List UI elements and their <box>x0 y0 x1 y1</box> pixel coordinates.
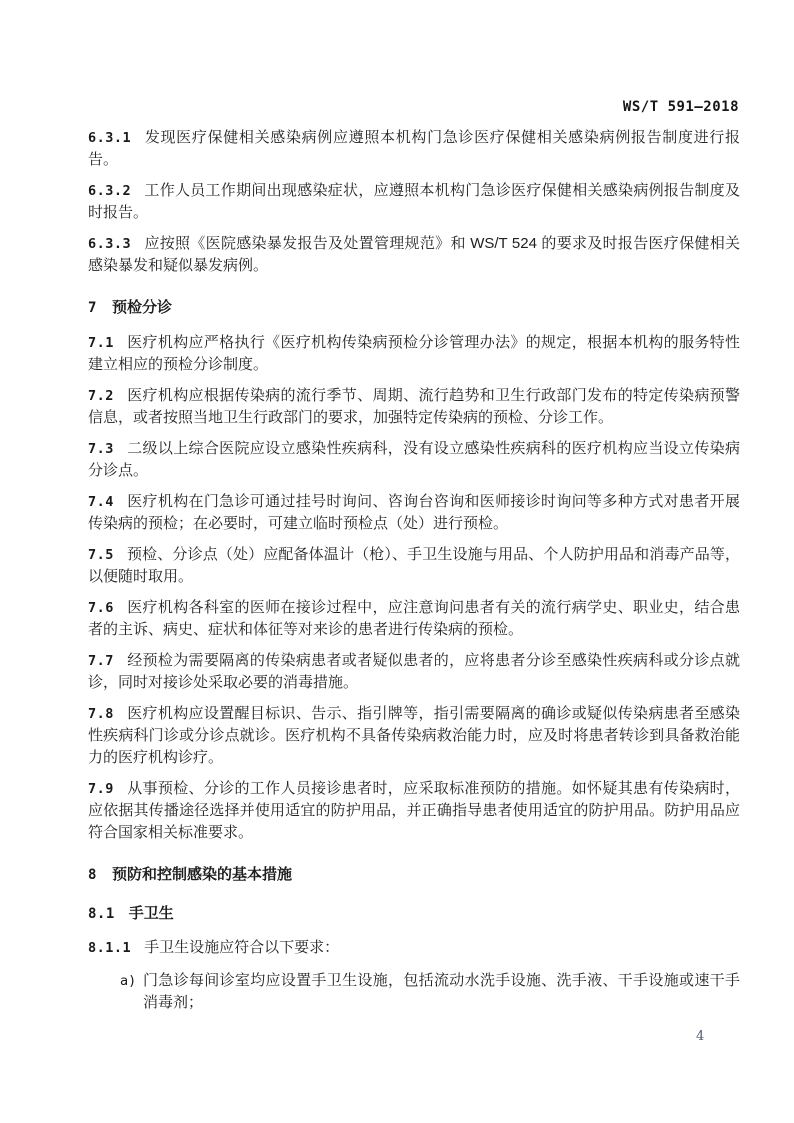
clause-number: 7.6 <box>88 600 114 616</box>
clause-text: 经预检为需要隔离的传染病患者或者疑似患者的，应将患者分诊至感染性疾病科或分诊点就… <box>88 652 740 691</box>
section-number: 8.1 <box>88 906 115 922</box>
section-title: 预防和控制感染的基本措施 <box>112 866 292 883</box>
clause-7-4: 7.4医疗机构在门急诊可通过挂号时询问、咨询台咨询和医师接诊时询问等多种方式对患… <box>88 491 740 535</box>
clause-text: 工作人员工作期间出现感染症状，应遵照本机构门急诊医疗保健相关感染病例报告制度及时… <box>88 182 740 221</box>
clause-text: 医疗机构应严格执行《医疗机构传染病预检分诊管理办法》的规定，根据本机构的服务特性… <box>88 334 740 373</box>
clause-7-5: 7.5预检、分诊点（处）应配备体温计（枪）、手卫生设施与用品、个人防护用品和消毒… <box>88 544 740 588</box>
clause-number: 7.4 <box>88 494 114 510</box>
clause-7-8: 7.8医疗机构应设置醒目标识、告示、指引牌等，指引需要隔离的确诊或疑似传染病患者… <box>88 703 740 769</box>
clause-text: 手卫生设施应符合以下要求： <box>144 939 339 956</box>
section-heading-8: 8预防和控制感染的基本措施 <box>88 864 740 886</box>
clause-7-6: 7.6医疗机构各科室的医师在接诊过程中，应注意询问患者有关的流行病学史、职业史，… <box>88 597 740 641</box>
list-item-text: 门急诊每间诊室均应设置手卫生设施，包括流动水洗手设施、洗手液、干手设施或速干手消… <box>143 970 740 1014</box>
section-number: 8 <box>88 867 97 883</box>
clause-7-7: 7.7经预检为需要隔离的传染病患者或者疑似患者的，应将患者分诊至感染性疾病科或分… <box>88 650 740 694</box>
list-item-label: a) <box>120 970 143 1014</box>
clause-number: 6.3.2 <box>88 183 131 199</box>
list-item-a: a) 门急诊每间诊室均应设置手卫生设施，包括流动水洗手设施、洗手液、干手设施或速… <box>88 970 740 1014</box>
clause-number: 7.9 <box>88 781 114 797</box>
section-heading-7: 7预检分诊 <box>88 297 740 319</box>
clause-8-1-1: 8.1.1手卫生设施应符合以下要求： <box>88 937 740 959</box>
clause-text: 医疗机构在门急诊可通过挂号时询问、咨询台咨询和医师接诊时询问等多种方式对患者开展… <box>88 493 740 532</box>
clause-number: 8.1.1 <box>88 940 131 956</box>
clause-7-1: 7.1医疗机构应严格执行《医疗机构传染病预检分诊管理办法》的规定，根据本机构的服… <box>88 332 740 376</box>
document-page: WS/T 591—2018 6.3.1发现医疗保健相关感染病例应遵照本机构门急诊… <box>0 0 794 1123</box>
clause-number: 7.3 <box>88 441 114 457</box>
standard-code: WS/T 591—2018 <box>623 99 739 115</box>
section-heading-8-1: 8.1手卫生 <box>88 903 740 925</box>
clause-text: 从事预检、分诊的工作人员接诊患者时，应采取标准预防的措施。如怀疑其患有传染病时，… <box>88 780 740 841</box>
section-number: 7 <box>88 300 97 316</box>
clause-7-9: 7.9从事预检、分诊的工作人员接诊患者时，应采取标准预防的措施。如怀疑其患有传染… <box>88 778 740 844</box>
clause-7-2: 7.2医疗机构应根据传染病的流行季节、周期、流行趋势和卫生行政部门发布的特定传染… <box>88 385 740 429</box>
section-title: 预检分诊 <box>112 299 172 316</box>
clause-number: 7.5 <box>88 547 114 563</box>
clause-6-3-1: 6.3.1发现医疗保健相关感染病例应遵照本机构门急诊医疗保健相关感染病例报告制度… <box>88 127 740 171</box>
clause-number: 7.8 <box>88 706 114 722</box>
clause-text: 发现医疗保健相关感染病例应遵照本机构门急诊医疗保健相关感染病例报告制度进行报告。 <box>88 129 740 168</box>
clause-number: 6.3.1 <box>88 130 131 146</box>
clause-text: 医疗机构应根据传染病的流行季节、周期、流行趋势和卫生行政部门发布的特定传染病预警… <box>88 387 740 426</box>
clause-text: 预检、分诊点（处）应配备体温计（枪）、手卫生设施与用品、个人防护用品和消毒产品等… <box>88 546 740 585</box>
clause-7-3: 7.3二级以上综合医院应设立感染性疾病科，没有设立感染性疾病科的医疗机构应当设立… <box>88 438 740 482</box>
clause-number: 6.3.3 <box>88 236 131 252</box>
clause-6-3-3: 6.3.3应按照《医院感染暴发报告及处置管理规范》和 WS/T 524 的要求及… <box>88 233 740 277</box>
clause-number: 7.2 <box>88 388 114 404</box>
page-number: 4 <box>696 1029 704 1044</box>
clause-text: 二级以上综合医院应设立感染性疾病科，没有设立感染性疾病科的医疗机构应当设立传染病… <box>88 440 740 479</box>
clause-number: 7.1 <box>88 335 114 351</box>
clause-text: 医疗机构应设置醒目标识、告示、指引牌等，指引需要隔离的确诊或疑似传染病患者至感染… <box>88 705 740 766</box>
clause-number: 7.7 <box>88 653 114 669</box>
clause-text: 医疗机构各科室的医师在接诊过程中，应注意询问患者有关的流行病学史、职业史，结合患… <box>88 599 740 638</box>
section-title: 手卫生 <box>129 905 174 922</box>
clause-text: 应按照《医院感染暴发报告及处置管理规范》和 WS/T 524 的要求及时报告医疗… <box>88 235 740 274</box>
clause-6-3-2: 6.3.2工作人员工作期间出现感染症状，应遵照本机构门急诊医疗保健相关感染病例报… <box>88 180 740 224</box>
document-body: 6.3.1发现医疗保健相关感染病例应遵照本机构门急诊医疗保健相关感染病例报告制度… <box>88 127 740 1023</box>
